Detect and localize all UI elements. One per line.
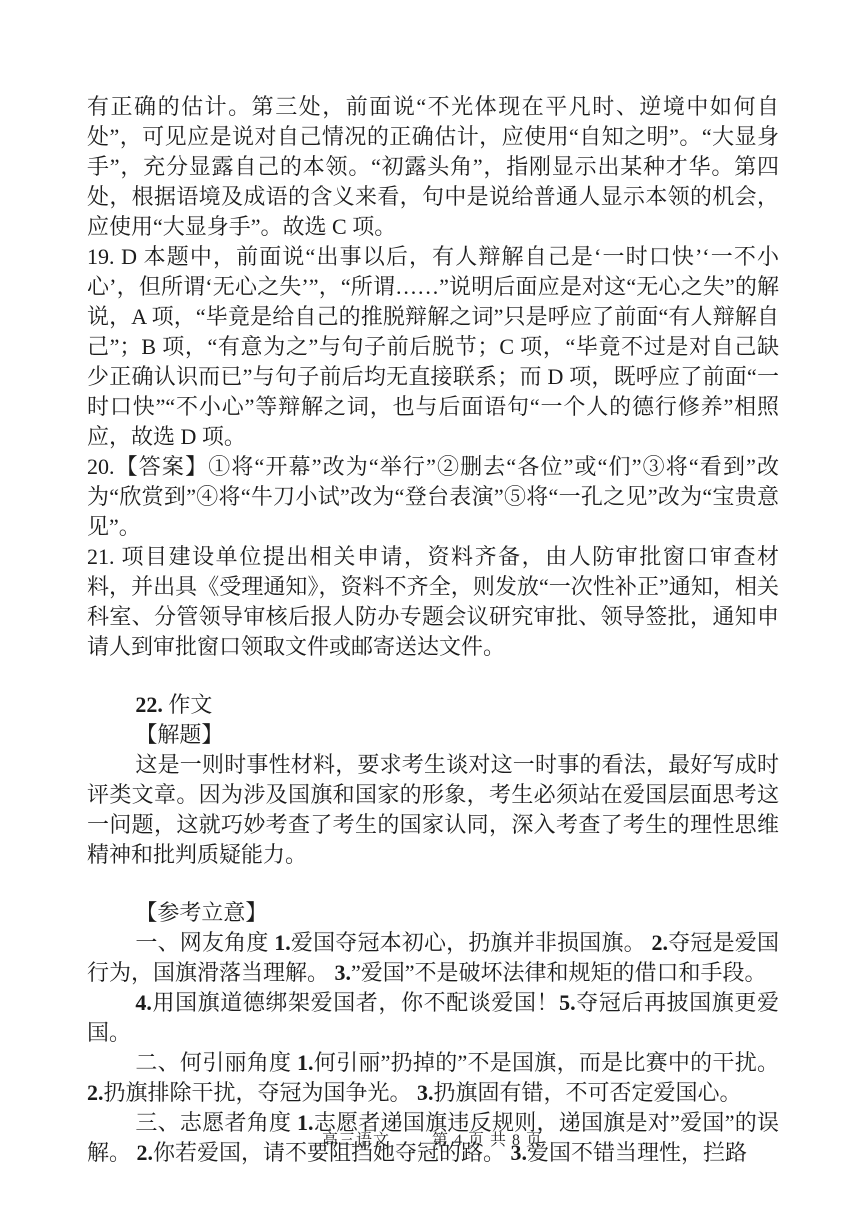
footer-page-number: 第 4 页 共 8 页: [432, 1132, 543, 1149]
cankao-angle-netizen-continued: 4.用国旗道德绑架爱国者，你不配谈爱国！5.夺冠后再披国旗更爱国。: [87, 988, 779, 1048]
cankao-angle-netizen: 一、网友角度 1.爱国夺冠本初心，扔旗并非损国旗。 2.夺冠是爱国行为，国旗滑落…: [87, 928, 779, 988]
footer-course-title: 高三语文: [322, 1132, 390, 1149]
page-footer: 高三语文第 4 页 共 8 页: [0, 1130, 865, 1152]
cankao-liyi-label: 【参考立意】: [87, 898, 779, 928]
jieti-section-label: 【解题】: [87, 720, 779, 750]
section-spacer: [87, 662, 779, 690]
question-22-heading: 22. 作文: [87, 690, 779, 720]
cankao-angle-heyinli: 二、何引丽角度 1.何引丽”扔掉的”不是国旗，而是比赛中的干扰。2.扔旗排除干扰…: [87, 1048, 779, 1108]
answer-20: 20.【答案】①将“开幕”改为“举行”②删去“各位”或“们”③将“看到”改为“欣…: [87, 452, 779, 542]
document-body: 有正确的估计。第三处，前面说“不光体现在平凡时、逆境中如何自处”，可见应是说对自…: [87, 92, 779, 1168]
answer-19-explanation: 19. D 本题中，前面说“出事以后，有人辩解自己是‘一时口快’‘一不小心’，但…: [87, 242, 779, 452]
answer-18-explanation-continued: 有正确的估计。第三处，前面说“不光体现在平凡时、逆境中如何自处”，可见应是说对自…: [87, 92, 779, 242]
answer-21: 21. 项目建设单位提出相关申请，资料齐备，由人防审批窗口审查材料，并出具《受理…: [87, 542, 779, 662]
jieti-body: 这是一则时事性材料，要求考生谈对这一时事的看法，最好写成时评类文章。因为涉及国旗…: [87, 750, 779, 870]
document-page: 有正确的估计。第三处，前面说“不光体现在平凡时、逆境中如何自处”，可见应是说对自…: [0, 0, 865, 1224]
section-spacer: [87, 870, 779, 898]
